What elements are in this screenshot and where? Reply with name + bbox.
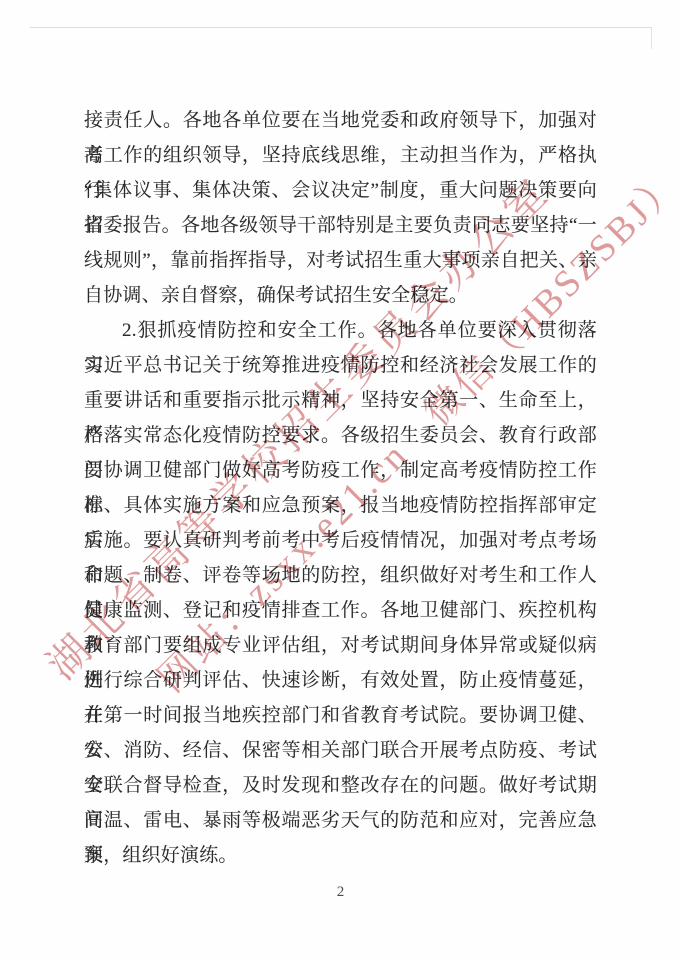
text-line: 重要讲话和重要指示批示精神，坚持安全第一、生命至上，严	[84, 383, 597, 418]
text-line: 线规则”，靠前指挥指导，对考试招生重大事项亲自把关、亲	[84, 243, 597, 278]
document-page: 接责任人。各地各单位要在当地党委和政府领导下，加强对高考工作的组织领导，坚持底线…	[0, 0, 680, 961]
text-line: 接责任人。各地各单位要在当地党委和政府领导下，加强对高	[84, 103, 597, 138]
text-line: 健康监测、登记和疫情排查工作。各地卫健部门、疾控机构和	[84, 593, 597, 628]
text-line: 实施。要认真研判考前考中考后疫情情况，加强对考点考场和	[84, 523, 597, 558]
body-text-block: 接责任人。各地各单位要在当地党委和政府领导下，加强对高考工作的组织领导，坚持底线…	[84, 103, 597, 873]
text-line: 命题、制卷、评卷等场地的防控，组织做好对考生和工作人员	[84, 558, 597, 593]
text-line: 进行综合研判评估、快速诊断，有效处置，防止疫情蔓延，并	[84, 663, 597, 698]
text-line: 安、消防、经信、保密等相关部门联合开展考点防疫、考试安	[84, 733, 597, 768]
text-line: 习近平总书记关于统筹推进疫情防控和经济社会发展工作的	[84, 348, 597, 383]
text-line: 高温、雷电、暴雨等极端恶劣天气的防范和应对，完善应急预	[84, 803, 597, 838]
text-line: 案，组织好演练。	[84, 838, 597, 873]
text-line: “集体议事、集体决策、会议决定”制度，重大问题决策要向省	[84, 173, 597, 208]
text-line: 自协调、亲自督察，确保考试招生安全稳定。	[84, 278, 597, 313]
text-line: 2.狠抓疫情防控和安全工作。各地各单位要深入贯彻落实	[84, 313, 597, 348]
text-line: 教育部门要组成专业评估组，对考试期间身体异常或疑似病例	[84, 628, 597, 663]
text-line: 要协调卫健部门做好高考防疫工作，制定高考疫情防控工作标	[84, 453, 597, 488]
scan-border-right-tick	[651, 27, 652, 49]
text-line: 全联合督导检查，及时发现和整改存在的问题。做好考试期间	[84, 768, 597, 803]
text-line: 准、具体实施方案和应急预案，报当地疫情防控指挥部审定后	[84, 488, 597, 523]
text-line: 招委报告。各地各级领导干部特别是主要负责同志要坚持“一	[84, 208, 597, 243]
text-line: 格落实常态化疫情防控要求。各级招生委员会、教育行政部门	[84, 418, 597, 453]
page-number: 2	[84, 884, 597, 901]
text-line: 考工作的组织领导，坚持底线思维，主动担当作为，严格执行	[84, 138, 597, 173]
text-line: 在第一时间报当地疾控部门和省教育考试院。要协调卫健、公	[84, 698, 597, 733]
scan-border-top	[30, 27, 652, 28]
